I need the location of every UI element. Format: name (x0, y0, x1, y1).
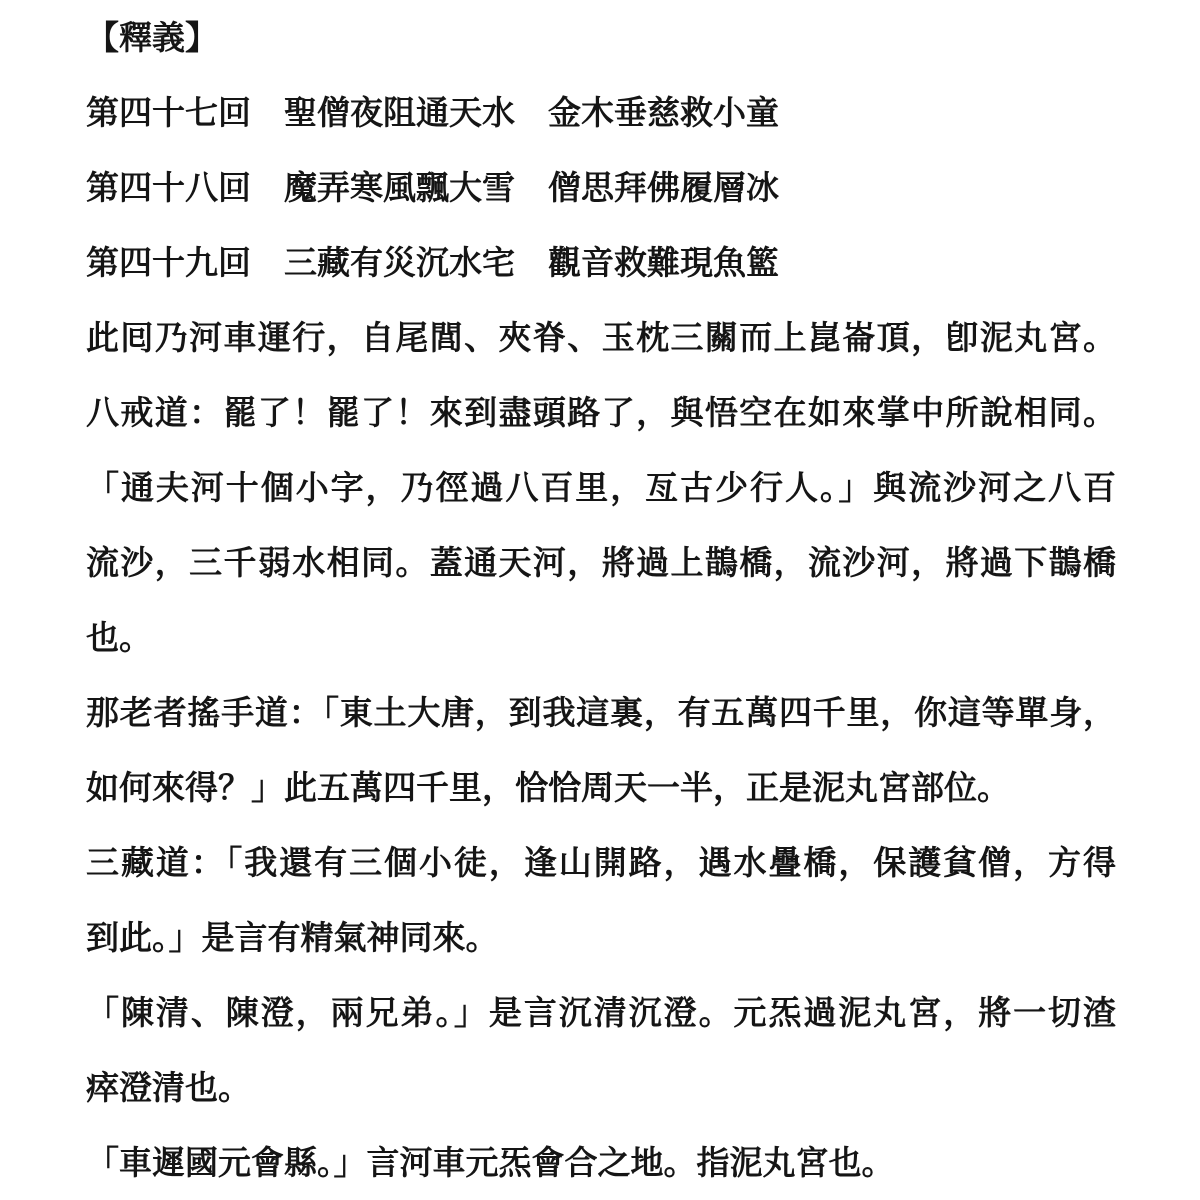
chapter-title-line: 第四十九回 三藏有災沉水宅 觀音救難現魚籃 (86, 227, 1116, 302)
section-header: 【釋義】 (86, 2, 1116, 77)
chapter-title-line: 第四十七回 聖僧夜阻通天水 金木垂慈救小童 (86, 77, 1116, 152)
body-text-line: 如何來得？」此五萬四千里，恰恰周天一半，正是泥丸宮部位。 (86, 752, 1116, 827)
body-text-line: 「通夫河十個小字，乃徑過八百里，亙古少行人。」與流沙河之八百 (86, 452, 1116, 527)
body-text-line: 瘁澄清也。 (86, 1052, 1116, 1127)
body-text-line: 「車遲國元會縣。」言河車元炁會合之地。指泥丸宮也。 (86, 1127, 1116, 1200)
text-lines-container: 【釋義】第四十七回 聖僧夜阻通天水 金木垂慈救小童第四十八回 魔弄寒風飄大雪 僧… (86, 2, 1116, 1200)
body-text-line: 流沙，三千弱水相同。蓋通天河，將過上鵲橋，流沙河，將過下鵲橋 (86, 527, 1116, 602)
body-text-line: 那老者搖手道：「東土大唐，到我這裏，有五萬四千里，你這等單身， (86, 677, 1116, 752)
body-text-line: 三藏道：「我還有三個小徒，逢山開路，遇水疊橋，保護貧僧，方得 (86, 827, 1116, 902)
body-text-line: 也。 (86, 602, 1116, 677)
chapter-title-line: 第四十八回 魔弄寒風飄大雪 僧思拜佛履層冰 (86, 152, 1116, 227)
body-text-line: 「陳清、陳澄，兩兄弟。」是言沉清沉澄。元炁過泥丸宮，將一切渣 (86, 977, 1116, 1052)
document-page: 【釋義】第四十七回 聖僧夜阻通天水 金木垂慈救小童第四十八回 魔弄寒風飄大雪 僧… (0, 0, 1200, 1200)
body-text-line: 到此。」是言有精氣神同來。 (86, 902, 1116, 977)
body-text-line: 八戒道：罷了！罷了！來到盡頭路了，與悟空在如來掌中所說相同。 (86, 377, 1116, 452)
body-text-line: 此囘乃河車運行，自尾閭、夾脊、玉枕三關而上崑崙頂，卽泥丸宮。 (86, 302, 1116, 377)
